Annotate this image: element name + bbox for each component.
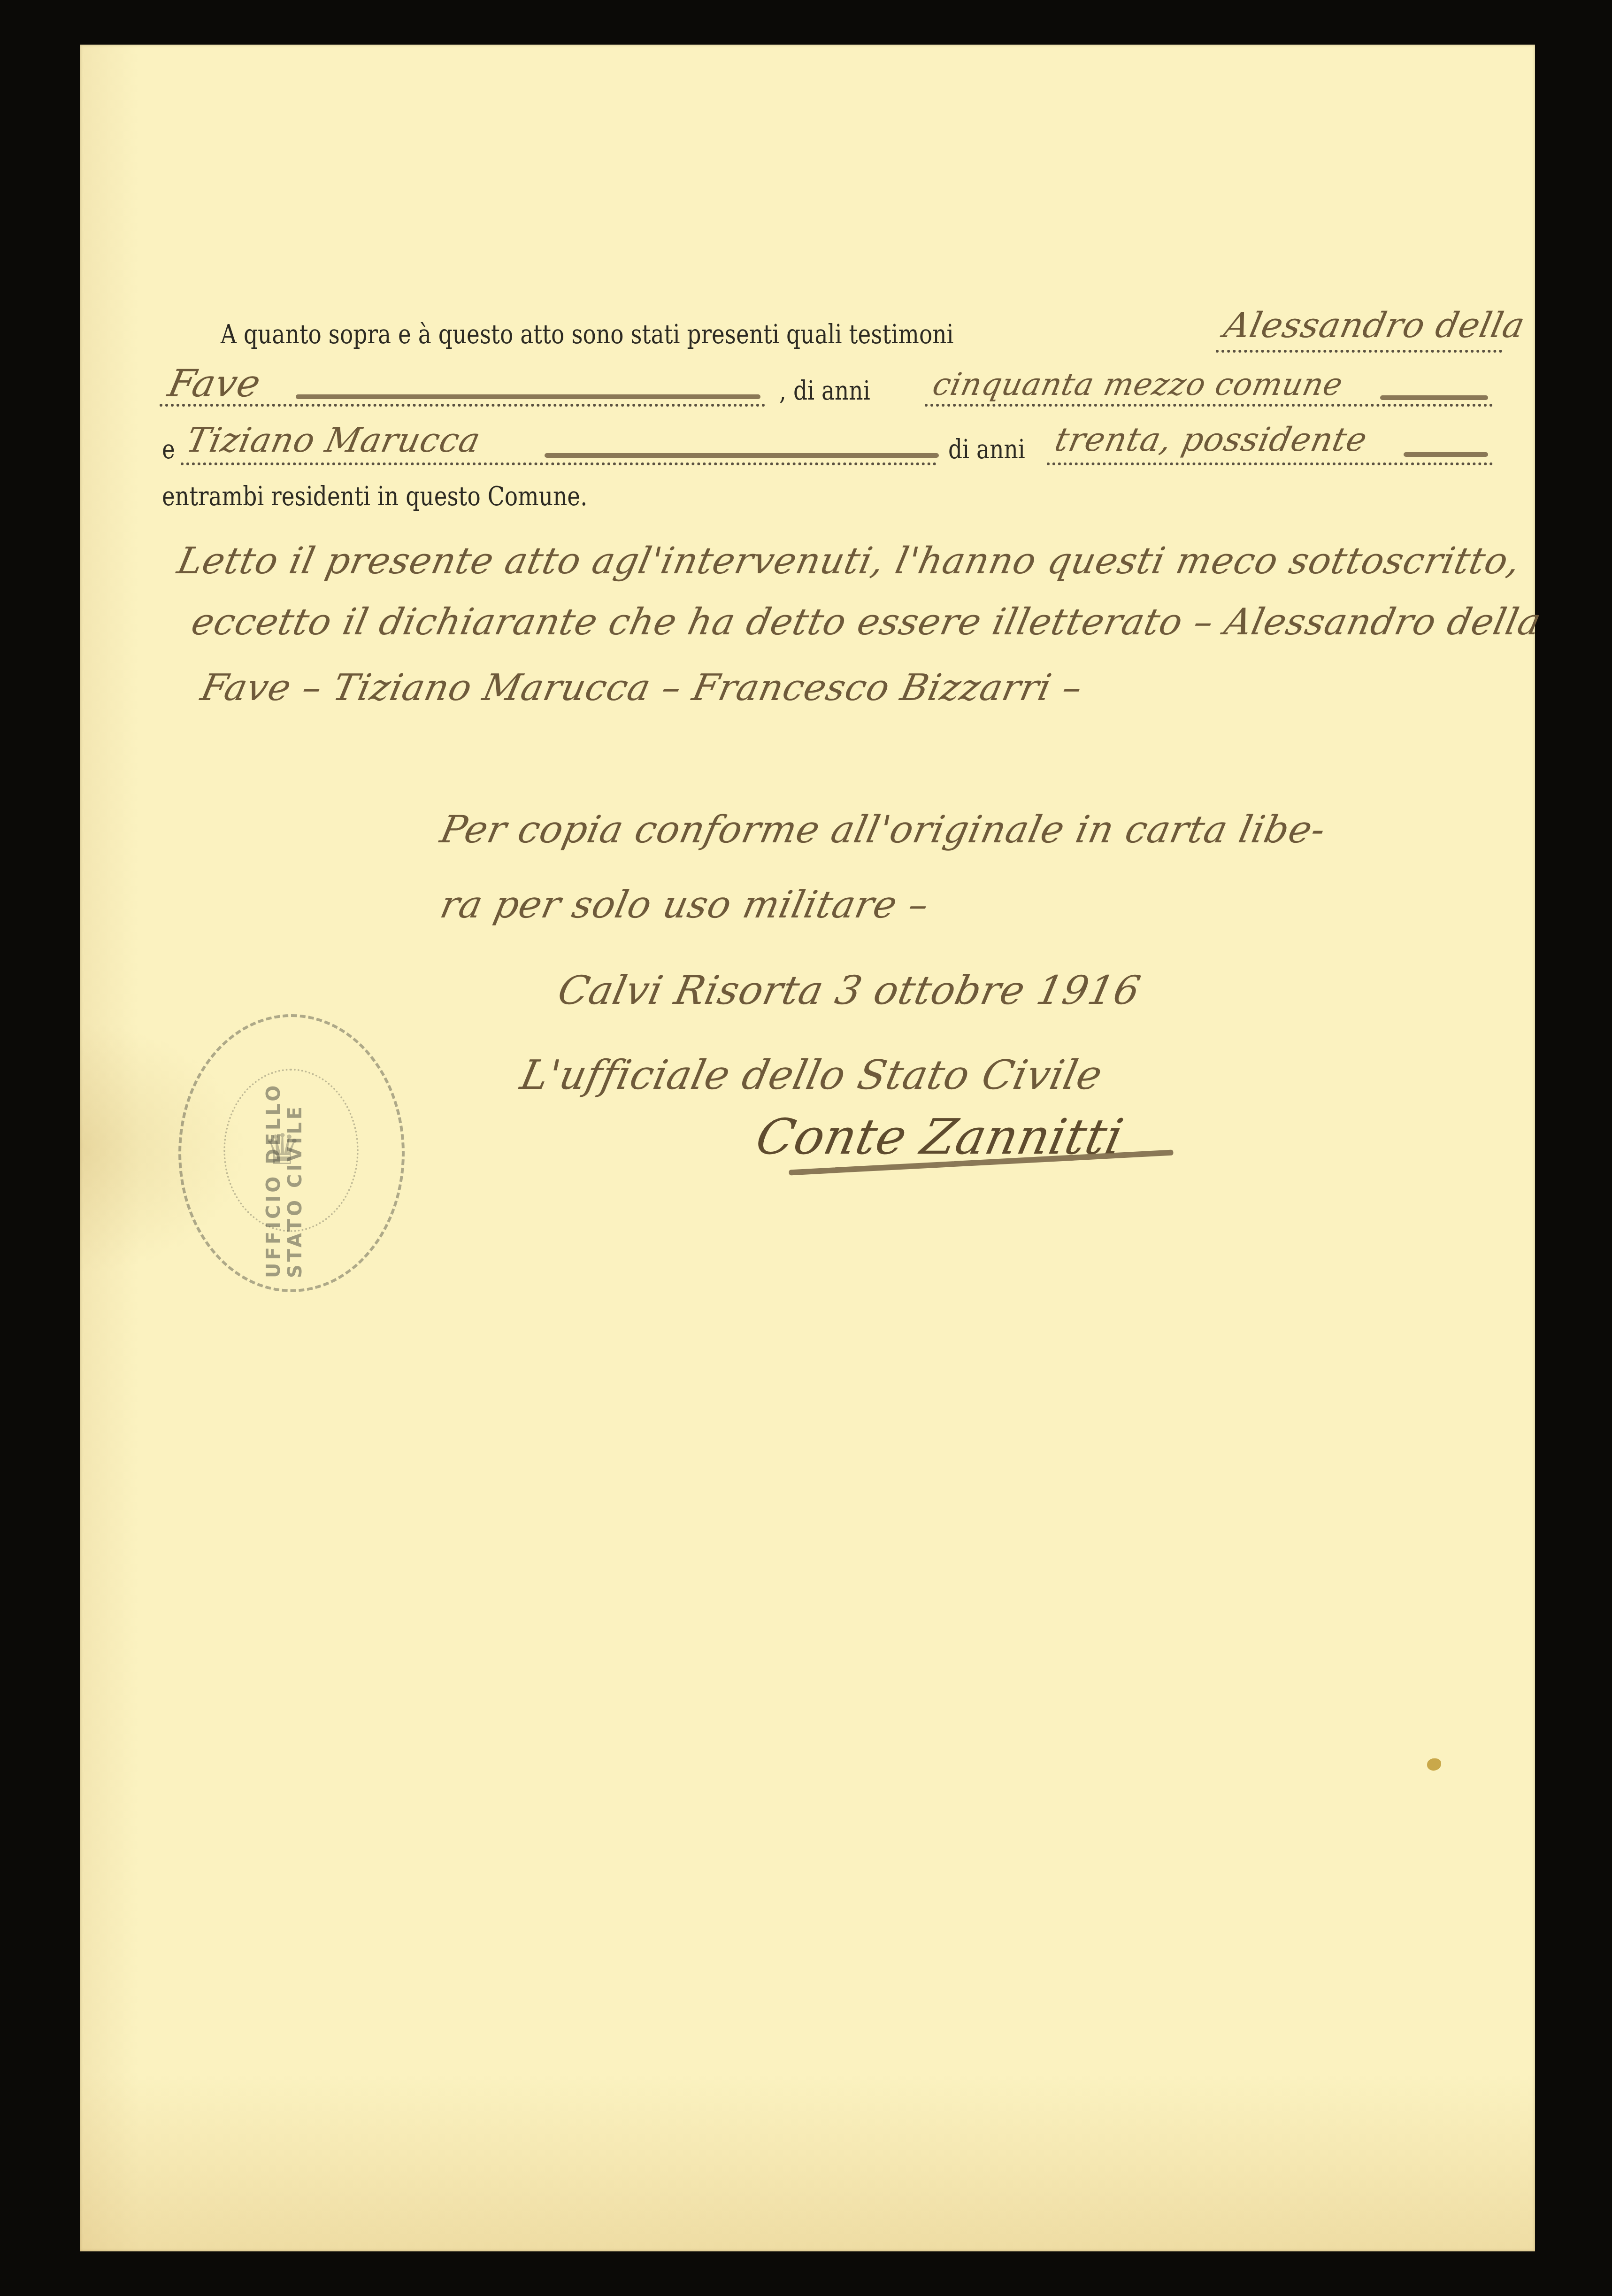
stamp-text: UFFICIO DELLO STATO CIVILE bbox=[263, 1043, 306, 1278]
closing-line-1: Letto il presente atto agl'intervenuti, … bbox=[174, 540, 1524, 582]
closing-line-2: eccetto il dichiarante che ha detto esse… bbox=[188, 601, 1545, 643]
ink-strike-line-4 bbox=[1404, 452, 1488, 457]
ink-strike-line-2 bbox=[1380, 395, 1488, 400]
certification-line-1: Per copia conforme all'originale in cart… bbox=[437, 808, 1330, 851]
printed-line-witnesses: A quanto sopra e à questo atto sono stat… bbox=[221, 319, 954, 350]
fill-line-witness1-age bbox=[925, 404, 1493, 407]
place-date: Calvi Risorta 3 ottobre 1916 bbox=[554, 967, 1144, 1013]
witness1-age-occupation: cinquanta mezzo comune bbox=[929, 366, 1346, 402]
fill-line-witness1-b bbox=[160, 404, 765, 407]
printed-residence-line: entrambi residenti in questo Comune. bbox=[162, 481, 587, 512]
fill-line-witness2-age bbox=[1047, 462, 1493, 465]
closing-line-3: Fave – Tiziano Marucca – Francesco Bizza… bbox=[197, 667, 1086, 709]
ink-strike-line-3 bbox=[545, 453, 939, 458]
printed-age-label-2: di anni bbox=[948, 434, 1025, 465]
fill-line-witness2 bbox=[181, 462, 936, 465]
printed-conjunction: e bbox=[162, 434, 175, 465]
certification-line-2: ra per solo uso militare – bbox=[437, 883, 933, 926]
printed-age-label-1: , di anni bbox=[779, 376, 870, 406]
fill-line-witness1-a bbox=[1216, 350, 1502, 353]
witness1-name-part2: Fave bbox=[164, 362, 265, 405]
witness2-name: Tiziano Marucca bbox=[183, 420, 484, 460]
ink-strike-line-1 bbox=[296, 394, 760, 399]
official-stamp: ♛ UFFICIO DELLO STATO CIVILE bbox=[178, 1014, 405, 1292]
witness1-name-part1: Alessandro della bbox=[1221, 305, 1528, 346]
official-title: L'ufficiale dello Stato Civile bbox=[516, 1052, 1107, 1099]
witness2-age-occupation: trenta, possidente bbox=[1052, 420, 1371, 459]
